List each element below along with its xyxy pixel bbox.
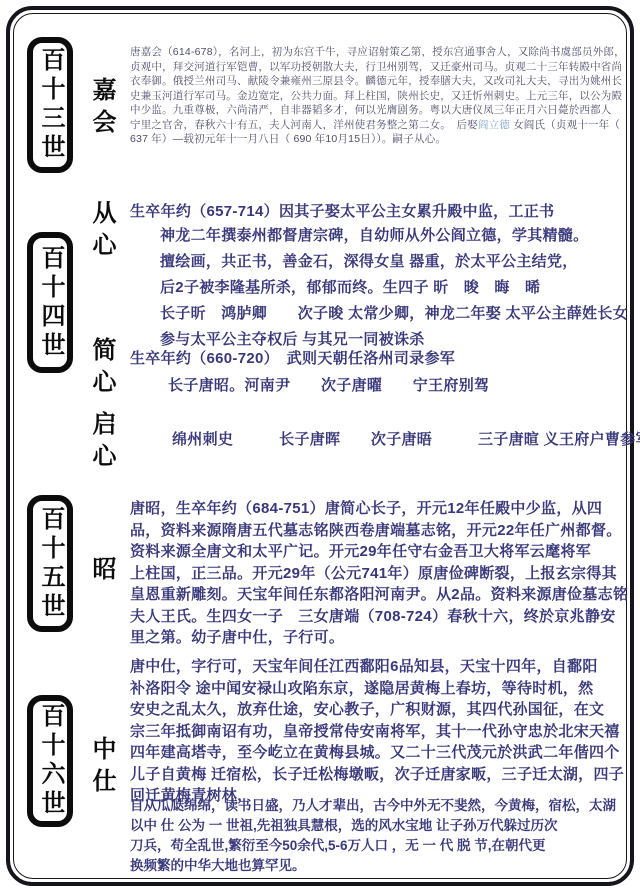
jiahui-biography: 唐嘉会（614-678），名河上，初为东宫千牛，寻应诏射策乙第，授东宫通事舍人，… [130,45,630,147]
generation-label-116: 百十六世 [38,703,62,819]
closing-paragraph: 自从瓜瓞绵绵，读书日盛，乃人才辈出，古今中外无不斐然，今黄梅，宿松，太湖 以中 … [130,796,630,876]
jianxin-children-line: 长子唐昭。河南尹 次子唐曜 宁王府别驾 [168,374,640,395]
qixin-children-line: 绵州刺史 长子唐晖 次子唐晤 三子唐暄 义王府户曹参军 [172,428,640,449]
jianxin-summary-line: 生卒年约（660-720） 武则天朝任洛州司录参军 [130,347,630,368]
member-name-qixin: 启心 [89,411,113,475]
yanlide-link[interactable]: 阎立德 [478,119,510,131]
member-name-zhao: 昭 [89,556,113,588]
congxin-detail-lines: 神龙二年撰泰州都督唐宗碑，自幼师从外公阎立德，学其精髓。 擅绘画，共正书，善金石… [160,223,630,353]
generation-label-113: 百十三世 [38,47,62,163]
generation-label-114: 百十四世 [38,245,62,361]
generation-box-116: 百十六世 [27,695,73,827]
genealogy-page: 百十三世 百十四世 百十五世 百十六世 嘉会 从心 简心 启心 昭 中仕 唐嘉会… [0,0,640,892]
member-name-jiahui: 嘉会 [89,77,113,141]
member-name-congxin: 从心 [89,200,113,264]
zhongshi-biography: 唐中仕，字行可，天宝年间任江西鄱阳6品知县，天宝十四年，自鄱阳 补洛阳令 途中闻… [130,656,630,807]
generation-box-115: 百十五世 [27,495,73,632]
congxin-summary-line: 生卒年约（657-714）因其子娶太平公主女累升殿中监，工正书 [130,200,630,221]
generation-label-115: 百十五世 [38,506,62,622]
member-name-zhongshi: 中仕 [89,736,113,800]
generation-box-114: 百十四世 [27,232,73,373]
zhao-biography: 唐昭，生卒年约（684-751）唐简心长子，开元12年任殿中少监，从四 品，资料… [130,498,630,649]
member-name-jianxin: 简心 [89,337,113,401]
generation-box-113: 百十三世 [27,37,73,173]
